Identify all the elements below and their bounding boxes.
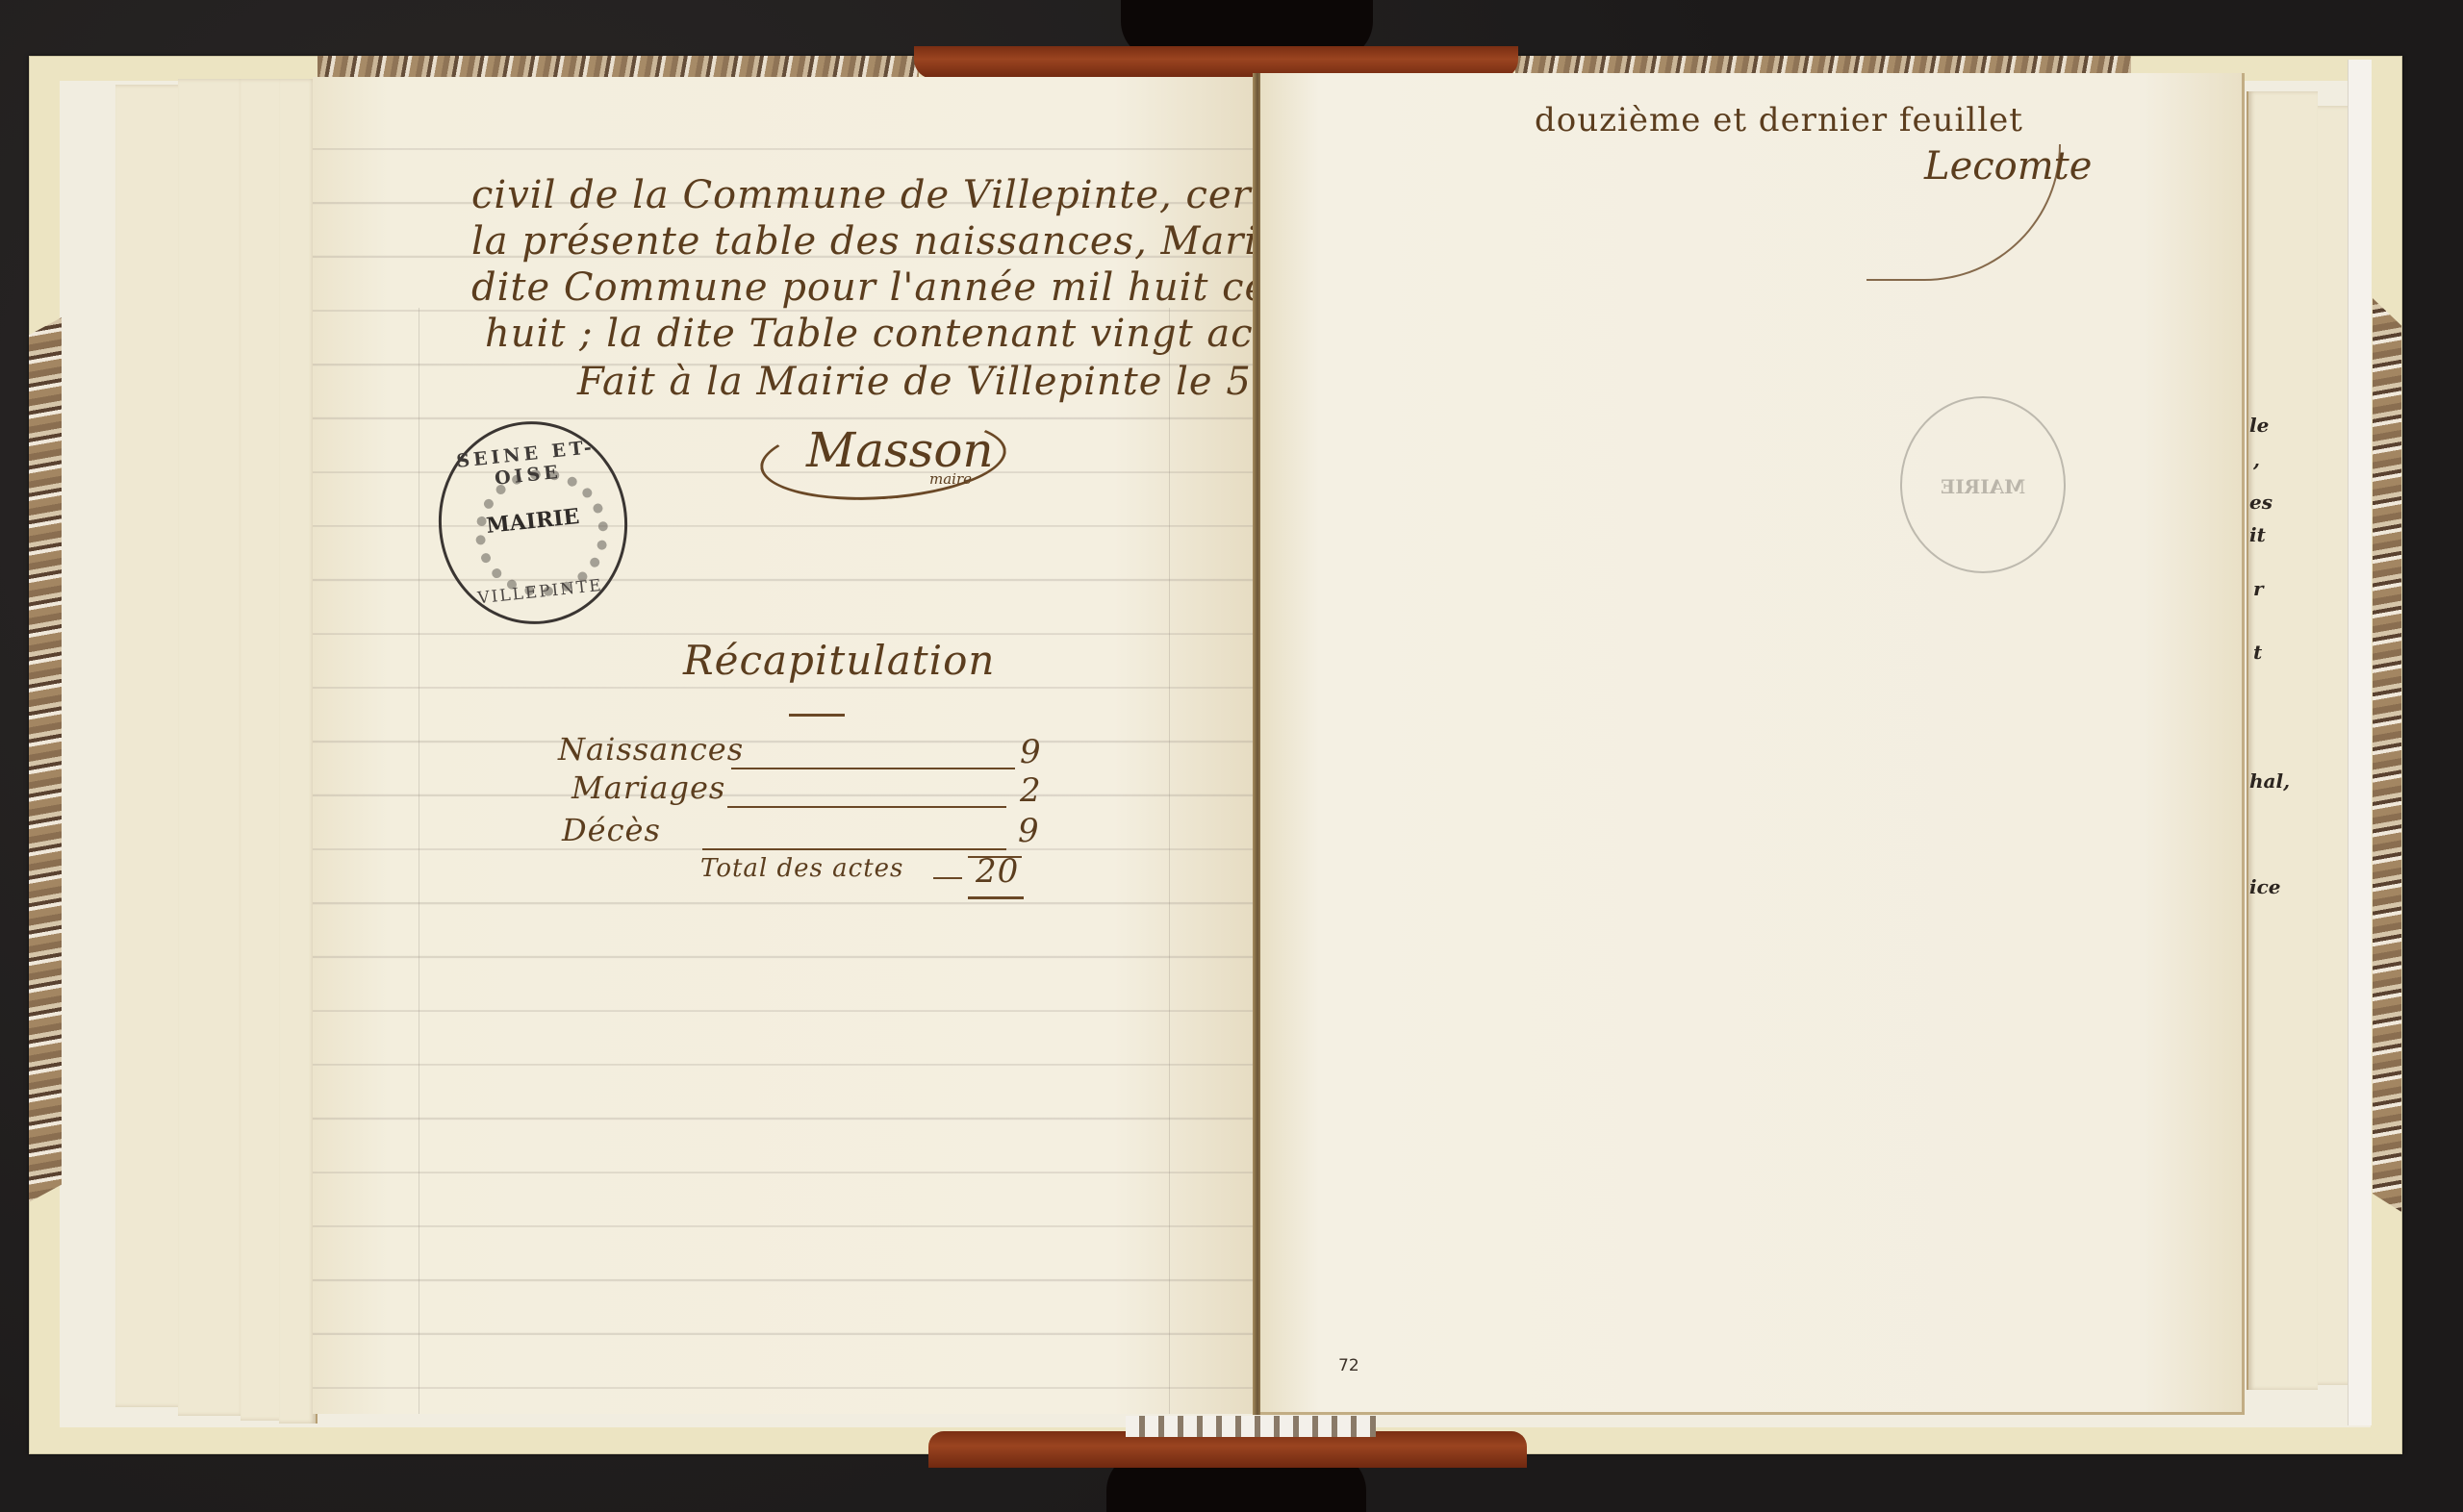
final-leaf-annotation: douzième et dernier feuillet	[1535, 101, 2023, 139]
heading-underline	[789, 714, 845, 717]
recap-heading: Récapitulation	[683, 637, 995, 684]
column-rule	[1169, 308, 1170, 1414]
spine-sewing-stitches	[1126, 1416, 1376, 1437]
recapitulation-section: Récapitulation Naissances 9 Mariages 2 D…	[539, 625, 1058, 914]
leaf-edge-text: le , es it r t hal, ice	[2249, 414, 2307, 1029]
marbled-paper-top-left	[317, 56, 919, 79]
marbled-paper-left	[29, 317, 62, 1202]
column-rule	[419, 308, 419, 1414]
stacked-leaves-left	[178, 79, 247, 1416]
mayor-signature: Masson maire	[760, 409, 1010, 505]
bleed-through-stamp: MAIRIE	[1900, 396, 2066, 573]
stacked-leaves-left	[279, 79, 317, 1424]
right-page	[1260, 73, 2245, 1415]
page-number: 72	[1338, 1356, 1359, 1375]
loose-white-sheet	[2348, 60, 2372, 1425]
total-underline	[968, 896, 1024, 899]
text-line-4: huit ; la dite Table contenant vingt act…	[485, 312, 1328, 356]
certification-text: civil de la Commune de Villepinte, certi…	[471, 173, 1251, 394]
marbled-paper-right	[2373, 298, 2401, 1212]
